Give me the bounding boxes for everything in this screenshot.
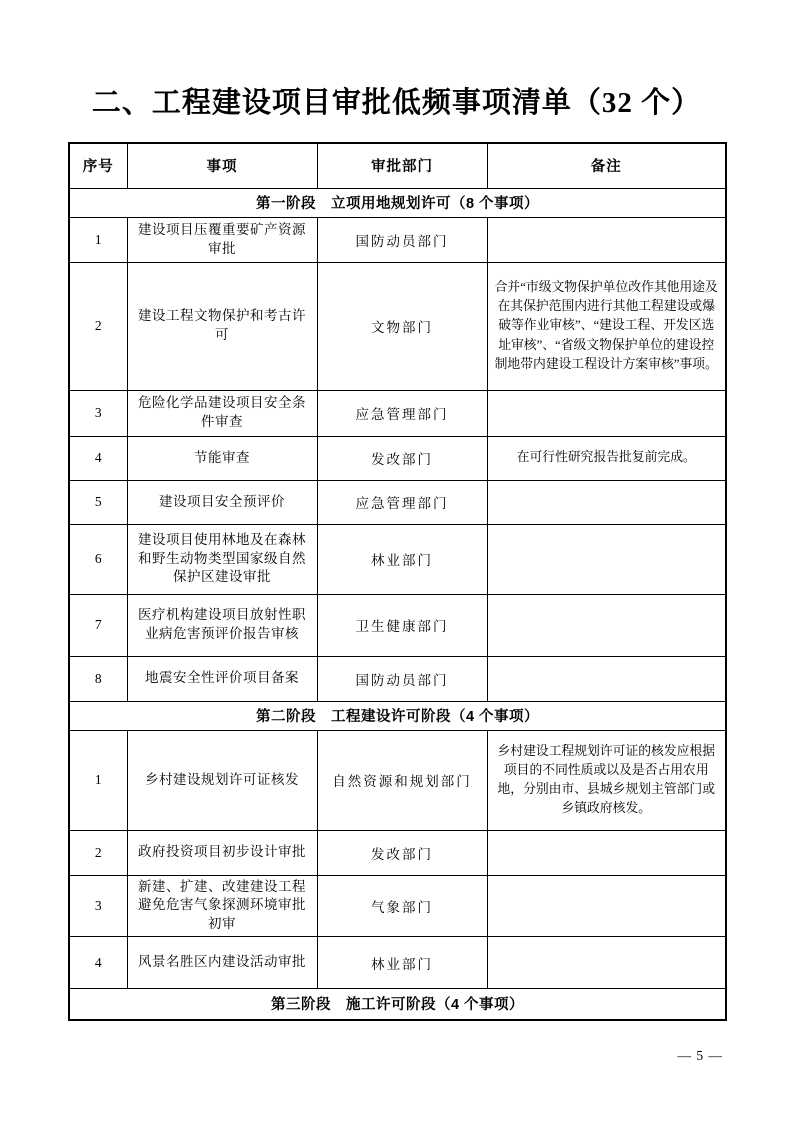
cell-item: 新建、扩建、改建建设工程避免危害气象探测环境审批初审 [127,875,317,937]
cell-no: 5 [69,480,127,524]
col-header-dept: 审批部门 [317,143,487,188]
cell-item: 建设项目安全预评价 [127,480,317,524]
cell-no: 4 [69,937,127,989]
cell-dept: 林业部门 [317,524,487,594]
cell-dept: 发改部门 [317,436,487,480]
table-row: 5 建设项目安全预评价 应急管理部门 [69,480,726,524]
col-header-remark: 备注 [487,143,726,188]
cell-no: 7 [69,594,127,656]
cell-no: 2 [69,262,127,390]
cell-remark [487,524,726,594]
cell-item: 乡村建设规划许可证核发 [127,730,317,830]
cell-no: 3 [69,390,127,436]
cell-remark [487,217,726,262]
cell-item: 节能审查 [127,436,317,480]
cell-item: 建设工程文物保护和考古许可 [127,262,317,390]
section-header-stage2: 第二阶段 工程建设许可阶段（4 个事项） [69,701,726,730]
cell-dept: 自然资源和规划部门 [317,730,487,830]
cell-item: 危险化学品建设项目安全条件审查 [127,390,317,436]
cell-dept: 国防动员部门 [317,217,487,262]
cell-item: 医疗机构建设项目放射性职业病危害预评价报告审核 [127,594,317,656]
cell-item: 建设项目压覆重要矿产资源审批 [127,217,317,262]
cell-dept: 林业部门 [317,937,487,989]
cell-no: 1 [69,217,127,262]
cell-dept: 气象部门 [317,875,487,937]
page-number: — 5 — [678,1048,724,1064]
cell-dept: 应急管理部门 [317,390,487,436]
section-header-row-2: 第二阶段 工程建设许可阶段（4 个事项） [69,701,726,730]
table-row: 1 建设项目压覆重要矿产资源审批 国防动员部门 [69,217,726,262]
cell-no: 2 [69,830,127,875]
cell-dept: 国防动员部门 [317,656,487,701]
cell-dept: 应急管理部门 [317,480,487,524]
section-header-row-3: 第三阶段 施工许可阶段（4 个事项） [69,989,726,1020]
col-header-no: 序号 [69,143,127,188]
cell-no: 1 [69,730,127,830]
cell-remark [487,390,726,436]
approval-items-table: 序号 事项 审批部门 备注 第一阶段 立项用地规划许可（8 个事项） 1 建设项… [68,142,727,1021]
cell-no: 3 [69,875,127,937]
table-row: 3 危险化学品建设项目安全条件审查 应急管理部门 [69,390,726,436]
section-header-row-1: 第一阶段 立项用地规划许可（8 个事项） [69,188,726,217]
document-page: 二、工程建设项目审批低频事项清单（32 个） 序号 事项 审批部门 备注 第一阶… [0,0,793,1122]
cell-item: 风景名胜区内建设活动审批 [127,937,317,989]
cell-remark: 在可行性研究报告批复前完成。 [487,436,726,480]
cell-remark: 乡村建设工程规划许可证的核发应根据项目的不同性质或以及是否占用农用地，分别由市、… [487,730,726,830]
cell-item: 建设项目使用林地及在森林和野生动物类型国家级自然保护区建设审批 [127,524,317,594]
cell-dept: 卫生健康部门 [317,594,487,656]
table-header-row: 序号 事项 审批部门 备注 [69,143,726,188]
cell-dept: 文物部门 [317,262,487,390]
cell-item: 地震安全性评价项目备案 [127,656,317,701]
cell-remark [487,480,726,524]
cell-dept: 发改部门 [317,830,487,875]
table-row: 7 医疗机构建设项目放射性职业病危害预评价报告审核 卫生健康部门 [69,594,726,656]
cell-remark [487,937,726,989]
table-row: 3 新建、扩建、改建建设工程避免危害气象探测环境审批初审 气象部门 [69,875,726,937]
cell-remark [487,656,726,701]
table-row: 1 乡村建设规划许可证核发 自然资源和规划部门 乡村建设工程规划许可证的核发应根… [69,730,726,830]
table-row: 8 地震安全性评价项目备案 国防动员部门 [69,656,726,701]
page-title: 二、工程建设项目审批低频事项清单（32 个） [0,80,793,121]
section-header-stage1: 第一阶段 立项用地规划许可（8 个事项） [69,188,726,217]
table-row: 2 政府投资项目初步设计审批 发改部门 [69,830,726,875]
table-row: 4 节能审查 发改部门 在可行性研究报告批复前完成。 [69,436,726,480]
cell-remark [487,830,726,875]
table-row: 2 建设工程文物保护和考古许可 文物部门 合并“市级文物保护单位改作其他用途及在… [69,262,726,390]
cell-remark: 合并“市级文物保护单位改作其他用途及在其保护范围内进行其他工程建设或爆破等作业审… [487,262,726,390]
cell-item: 政府投资项目初步设计审批 [127,830,317,875]
cell-no: 8 [69,656,127,701]
cell-no: 4 [69,436,127,480]
cell-no: 6 [69,524,127,594]
cell-remark [487,875,726,937]
table-row: 6 建设项目使用林地及在森林和野生动物类型国家级自然保护区建设审批 林业部门 [69,524,726,594]
section-header-stage3: 第三阶段 施工许可阶段（4 个事项） [69,989,726,1020]
table-row: 4 风景名胜区内建设活动审批 林业部门 [69,937,726,989]
col-header-item: 事项 [127,143,317,188]
cell-remark [487,594,726,656]
